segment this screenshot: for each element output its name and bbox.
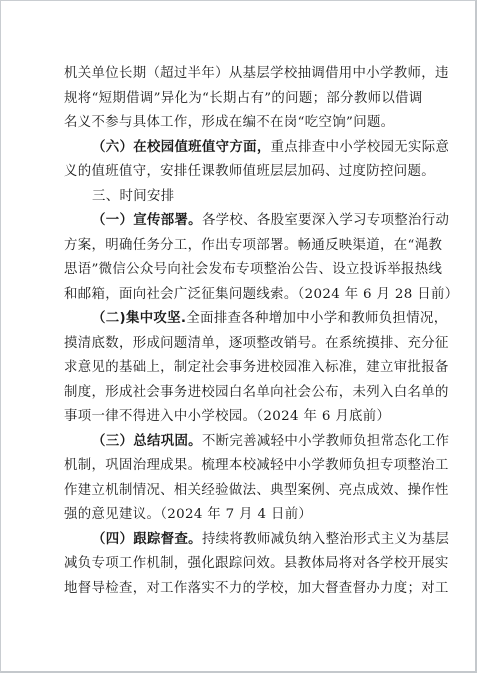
text-line: 规将“短期借调”异化为“长期占有”的问题；部分教师以借调 xyxy=(64,87,418,112)
item-lead: （六）在校园值班值守方面， xyxy=(92,140,271,155)
item-lead: （三）总结巩固。 xyxy=(92,434,202,449)
item-lead: （四）跟踪督查。 xyxy=(92,532,202,547)
section-heading: 三、时间安排 xyxy=(64,185,418,210)
item-text: 各学校、各股室要深入学习专项整治行动 xyxy=(202,213,449,228)
item-text: 不断完善减轻中小学教师负担常态化工作 xyxy=(202,434,449,449)
paragraph-item-6: （六）在校园值班值守方面，重点排查中小学校园无实际意 义的值班值守，安排任课教师… xyxy=(64,136,418,185)
text-line: （一）宣传部署。各学校、各股室要深入学习专项整治行动 xyxy=(64,209,418,234)
text-line: 地督导检查，对工作落实不力的学校，加大督查督办力度；对工 xyxy=(64,577,418,602)
text-line: 机制，巩固治理成果。梳理本校减轻中小学教师负担专项整治工 xyxy=(64,454,418,479)
document-body: 机关单位长期（超过半年）从基层学校抽调借用中小学教师，违 规将“短期借调”异化为… xyxy=(64,62,418,601)
text-line: （六）在校园值班值守方面，重点排查中小学校园无实际意 xyxy=(64,136,418,161)
paragraph-continued: 机关单位长期（超过半年）从基层学校抽调借用中小学教师，违 规将“短期借调”异化为… xyxy=(64,62,418,136)
paragraph-schedule-4: （四）跟踪督查。持续将教师减负纳入整治形式主义为基层 减负专项工作机制，强化跟踪… xyxy=(64,528,418,602)
paragraph-schedule-3: （三）总结巩固。不断完善减轻中小学教师负担常态化工作 机制，巩固治理成果。梳理本… xyxy=(64,430,418,528)
text-line: 事项一律不得进入中小学校园。（2024 年 6 月底前） xyxy=(64,405,418,430)
text-line: 名义不参与具体工作，形成在编不在岗“吃空饷”问题。 xyxy=(64,111,418,136)
item-lead: （二)集中攻坚. xyxy=(92,311,186,326)
text-line: 义的值班值守，安排任课教师值班层层加码、过度防控问题。 xyxy=(64,160,418,185)
text-line: 作建立机制情况、相关经验做法、典型案例、亮点成效、操作性 xyxy=(64,479,418,504)
text-line: 强的意见建议。（2024 年 7 月 4 日前） xyxy=(64,503,418,528)
item-text: 全面排查各种增加中小学和教师负担情况， xyxy=(186,311,447,326)
item-lead: （一）宣传部署。 xyxy=(92,213,202,228)
text-line: 机关单位长期（超过半年）从基层学校抽调借用中小学教师，违 xyxy=(64,62,418,87)
text-line: 制度，形成社会事务进校园白名单向社会公布，未列入白名单的 xyxy=(64,381,418,406)
text-line: （二)集中攻坚.全面排查各种增加中小学和教师负担情况， xyxy=(64,307,418,332)
text-line: 求意见的基础上，制定社会事务进校园准入标准，建立审批报备 xyxy=(64,356,418,381)
text-line: （四）跟踪督查。持续将教师减负纳入整治形式主义为基层 xyxy=(64,528,418,553)
text-line: 方案，明确任务分工，作出专项部署。畅通反映渠道，在“渑教 xyxy=(64,234,418,259)
text-line: 摸清底数，形成问题清单，逐项整改销号。在系统摸排、充分征 xyxy=(64,332,418,357)
item-text: 重点排查中小学校园无实际意 xyxy=(271,140,450,155)
text-line: （三）总结巩固。不断完善减轻中小学教师负担常态化工作 xyxy=(64,430,418,455)
item-text: 持续将教师减负纳入整治形式主义为基层 xyxy=(202,532,449,547)
paragraph-schedule-1: （一）宣传部署。各学校、各股室要深入学习专项整治行动 方案，明确任务分工，作出专… xyxy=(64,209,418,307)
document-page: 机关单位长期（超过半年）从基层学校抽调借用中小学教师，违 规将“短期借调”异化为… xyxy=(0,0,477,673)
heading-time-schedule: 三、时间安排 xyxy=(64,185,418,210)
text-line: 和邮箱，面向社会广泛征集问题线索。（2024 年 6 月 28 日前） xyxy=(64,283,418,308)
text-line: 思语”微信公众号向社会发布专项整治公告、设立投诉举报热线 xyxy=(64,258,418,283)
text-line: 减负专项工作机制，强化跟踪问效。县教体局将对各学校开展实 xyxy=(64,552,418,577)
paragraph-schedule-2: （二)集中攻坚.全面排查各种增加中小学和教师负担情况， 摸清底数，形成问题清单，… xyxy=(64,307,418,430)
